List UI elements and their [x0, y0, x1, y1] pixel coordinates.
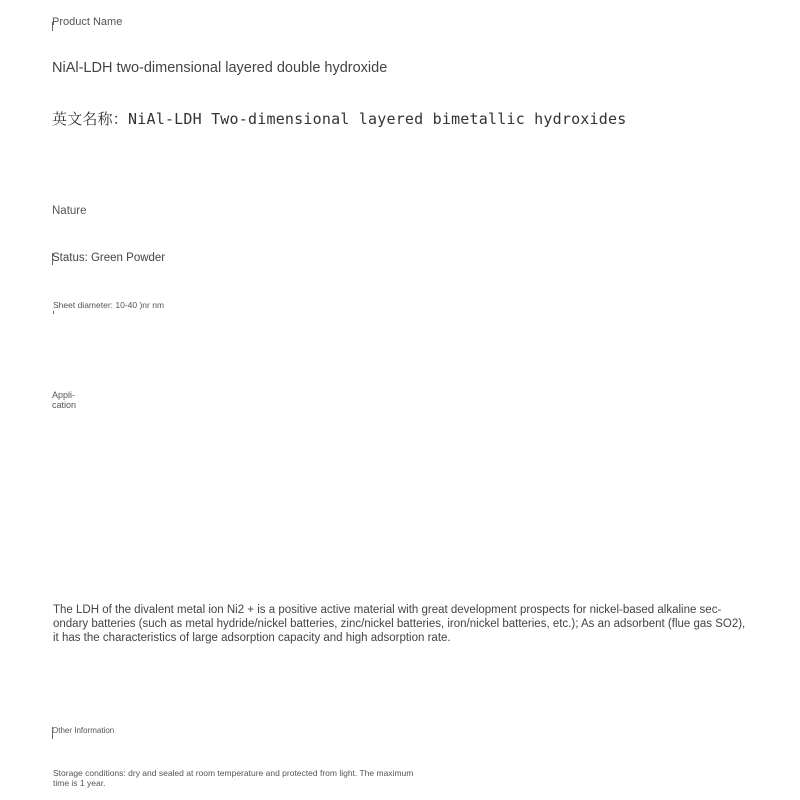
- text-cursor-mark: [52, 22, 53, 31]
- product-name-label: Product Name: [52, 16, 122, 28]
- product-name-value: NiAl-LDH two-dimensional layered double …: [52, 60, 387, 76]
- status-text: Status: Green Powder: [52, 252, 165, 264]
- storage-conditions-text: Storage conditions: dry and sealed at ro…: [53, 768, 423, 788]
- application-text: The LDH of the divalent metal ion Ni2 + …: [53, 603, 753, 645]
- application-label: Appli-cation: [52, 390, 82, 410]
- sheet-diameter-text: Sheet diameter: 10-40 )nr nm: [53, 300, 164, 310]
- text-cursor-mark: [53, 311, 54, 314]
- other-information-label: Other Information: [52, 726, 114, 735]
- text-cursor-mark: [52, 253, 53, 265]
- text-cursor-mark: [52, 727, 53, 739]
- english-name: 英文名称：NiAl-LDH Two-dimensional layered bi…: [52, 108, 626, 129]
- nature-label: Nature: [52, 205, 87, 217]
